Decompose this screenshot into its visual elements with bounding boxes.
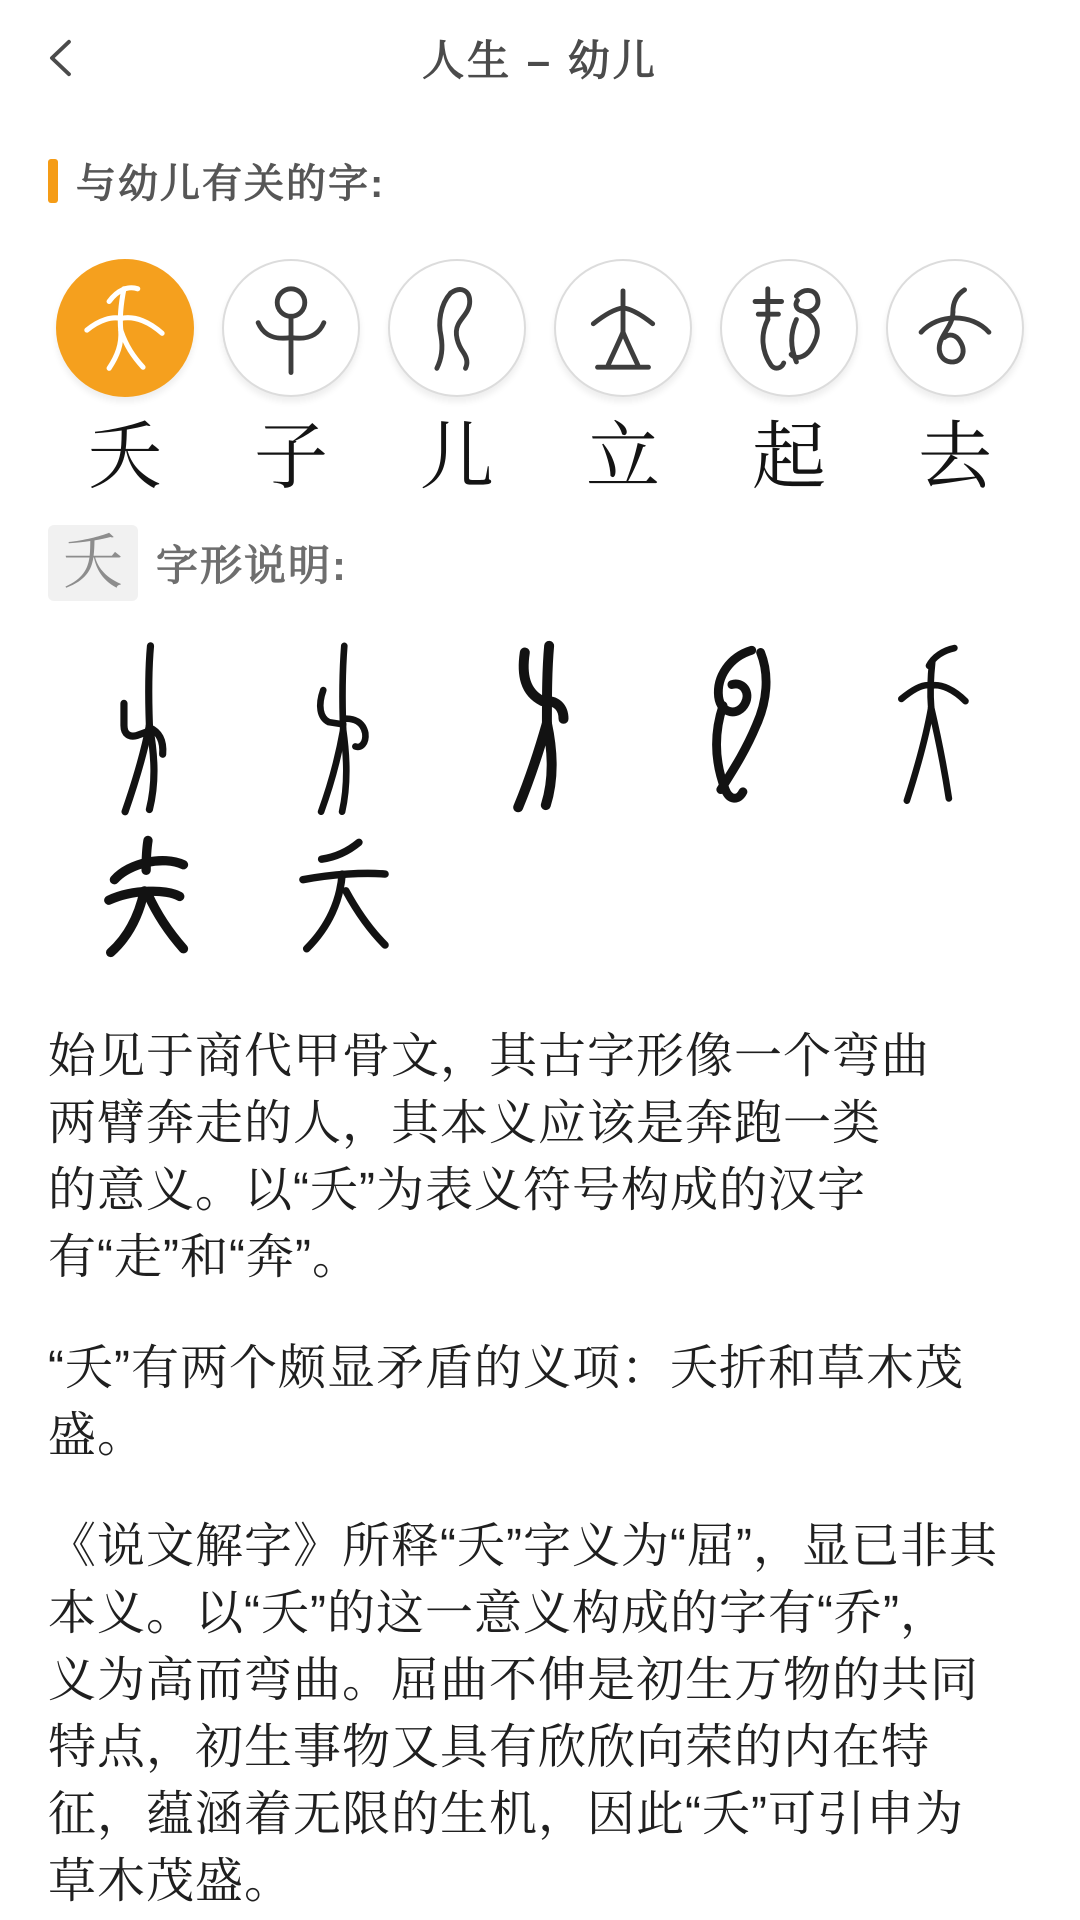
char-option-li: 立: [544, 259, 702, 499]
accent-bar: [48, 159, 58, 203]
body-text-line: 特点，初生事物又具有欣欣向荣的内在特: [48, 1714, 1032, 1781]
seal-script-yao-icon: [72, 275, 178, 381]
body-text-line: 的意义。以“夭”为表义符号构成的汉字: [48, 1157, 1032, 1224]
body-text-line: 草木茂盛。: [48, 1848, 1032, 1915]
oracle-bone-form-2-icon: [289, 637, 400, 825]
char-label: 立: [586, 417, 660, 499]
oracle-bone-form-1-icon: [93, 637, 204, 825]
char-circle-qi[interactable]: [720, 259, 858, 397]
bronze-form-2-icon: [681, 637, 792, 825]
body-text-line: 征，蕴涵着无限的生机，因此“夭”可引申为: [48, 1781, 1032, 1848]
char-option-qu: 去: [876, 259, 1034, 499]
glyph-section-header: 夭 字形说明:: [48, 523, 1032, 601]
seal-script-li-icon: [570, 275, 676, 381]
character-list: 夭 子: [46, 259, 1034, 499]
paragraph-2: “夭”有两个颇显矛盾的义项：夭折和草木茂 盛。: [48, 1335, 1032, 1469]
seal-script-zi-icon: [238, 275, 344, 381]
char-circle-zi[interactable]: [222, 259, 360, 397]
char-circle-er[interactable]: [388, 259, 526, 397]
char-option-qi: 起: [710, 259, 868, 499]
ancient-glyph-form-6: [50, 833, 246, 973]
char-option-er: 儿: [378, 259, 536, 499]
char-circle-li[interactable]: [554, 259, 692, 397]
back-button[interactable]: [40, 35, 86, 81]
char-circle-yao[interactable]: [56, 259, 194, 397]
bronze-form-1-icon: [485, 637, 596, 825]
section-header: 与幼儿有关的字:: [48, 152, 1032, 209]
ancient-glyph-form-4: [638, 637, 834, 825]
seal-script-er-icon: [404, 275, 510, 381]
char-circle-qu[interactable]: [886, 259, 1024, 397]
char-label: 夭: [88, 417, 162, 499]
glyph-section-title: 字形说明:: [156, 533, 348, 601]
body-text-line: “夭”有两个颇显矛盾的义项：夭折和草木茂: [48, 1335, 1032, 1402]
selected-character-badge: 夭: [48, 525, 138, 601]
section-title: 与幼儿有关的字:: [76, 152, 385, 209]
paragraph-1: 始见于商代甲骨文，其古字形像一个弯曲 两臂奔走的人，其本义应该是奔跑一类 的意义…: [48, 1023, 1032, 1291]
paragraph-3: 《说文解字》所释“夭”字义为“屈”，显已非其 本义。以“夭”的这一意义构成的字有…: [48, 1513, 1032, 1915]
body-text-line: 本义。以“夭”的这一意义构成的字有“乔”，: [48, 1580, 1032, 1647]
glyph-forms-row-1: [50, 637, 1030, 825]
char-option-zi: 子: [212, 259, 370, 499]
chevron-left-icon: [40, 35, 86, 81]
explanation-text: 始见于商代甲骨文，其古字形像一个弯曲 两臂奔走的人，其本义应该是奔跑一类 的意义…: [48, 1023, 1032, 1915]
ancient-glyph-form-1: [50, 637, 246, 825]
body-text-line: 义为高而弯曲。屈曲不伸是初生万物的共同: [48, 1647, 1032, 1714]
seal-script-qu-icon: [902, 275, 1008, 381]
char-label: 儿: [420, 417, 494, 499]
header-bar: 人生 – 幼儿: [0, 0, 1080, 90]
glyph-forms-gallery: [50, 637, 1030, 973]
char-label: 去: [918, 417, 992, 499]
ancient-glyph-form-5: [834, 637, 1030, 825]
glyph-forms-row-2: [50, 825, 1030, 973]
clerical-script-form-icon: [92, 833, 204, 973]
ancient-glyph-form-7: [246, 833, 442, 973]
body-text-line: 盛。: [48, 1402, 1032, 1469]
char-option-yao: 夭: [46, 259, 204, 499]
body-text-line: 两臂奔走的人，其本义应该是奔跑一类: [48, 1090, 1032, 1157]
body-text-line: 有“走”和“奔”。: [48, 1224, 1032, 1291]
body-text-line: 《说文解字》所释“夭”字义为“屈”，显已非其: [48, 1513, 1032, 1580]
ancient-glyph-form-2: [246, 637, 442, 825]
seal-form-icon: [877, 637, 988, 825]
regular-script-form-icon: [288, 833, 400, 973]
char-label: 起: [752, 417, 826, 499]
app-page: 人生 – 幼儿 与幼儿有关的字: 夭: [0, 0, 1080, 1920]
body-text-line: 始见于商代甲骨文，其古字形像一个弯曲: [48, 1023, 1032, 1090]
ancient-glyph-form-3: [442, 637, 638, 825]
seal-script-qi-icon: [736, 275, 842, 381]
page-title: 人生 – 幼儿: [86, 28, 994, 88]
char-label: 子: [254, 417, 328, 499]
